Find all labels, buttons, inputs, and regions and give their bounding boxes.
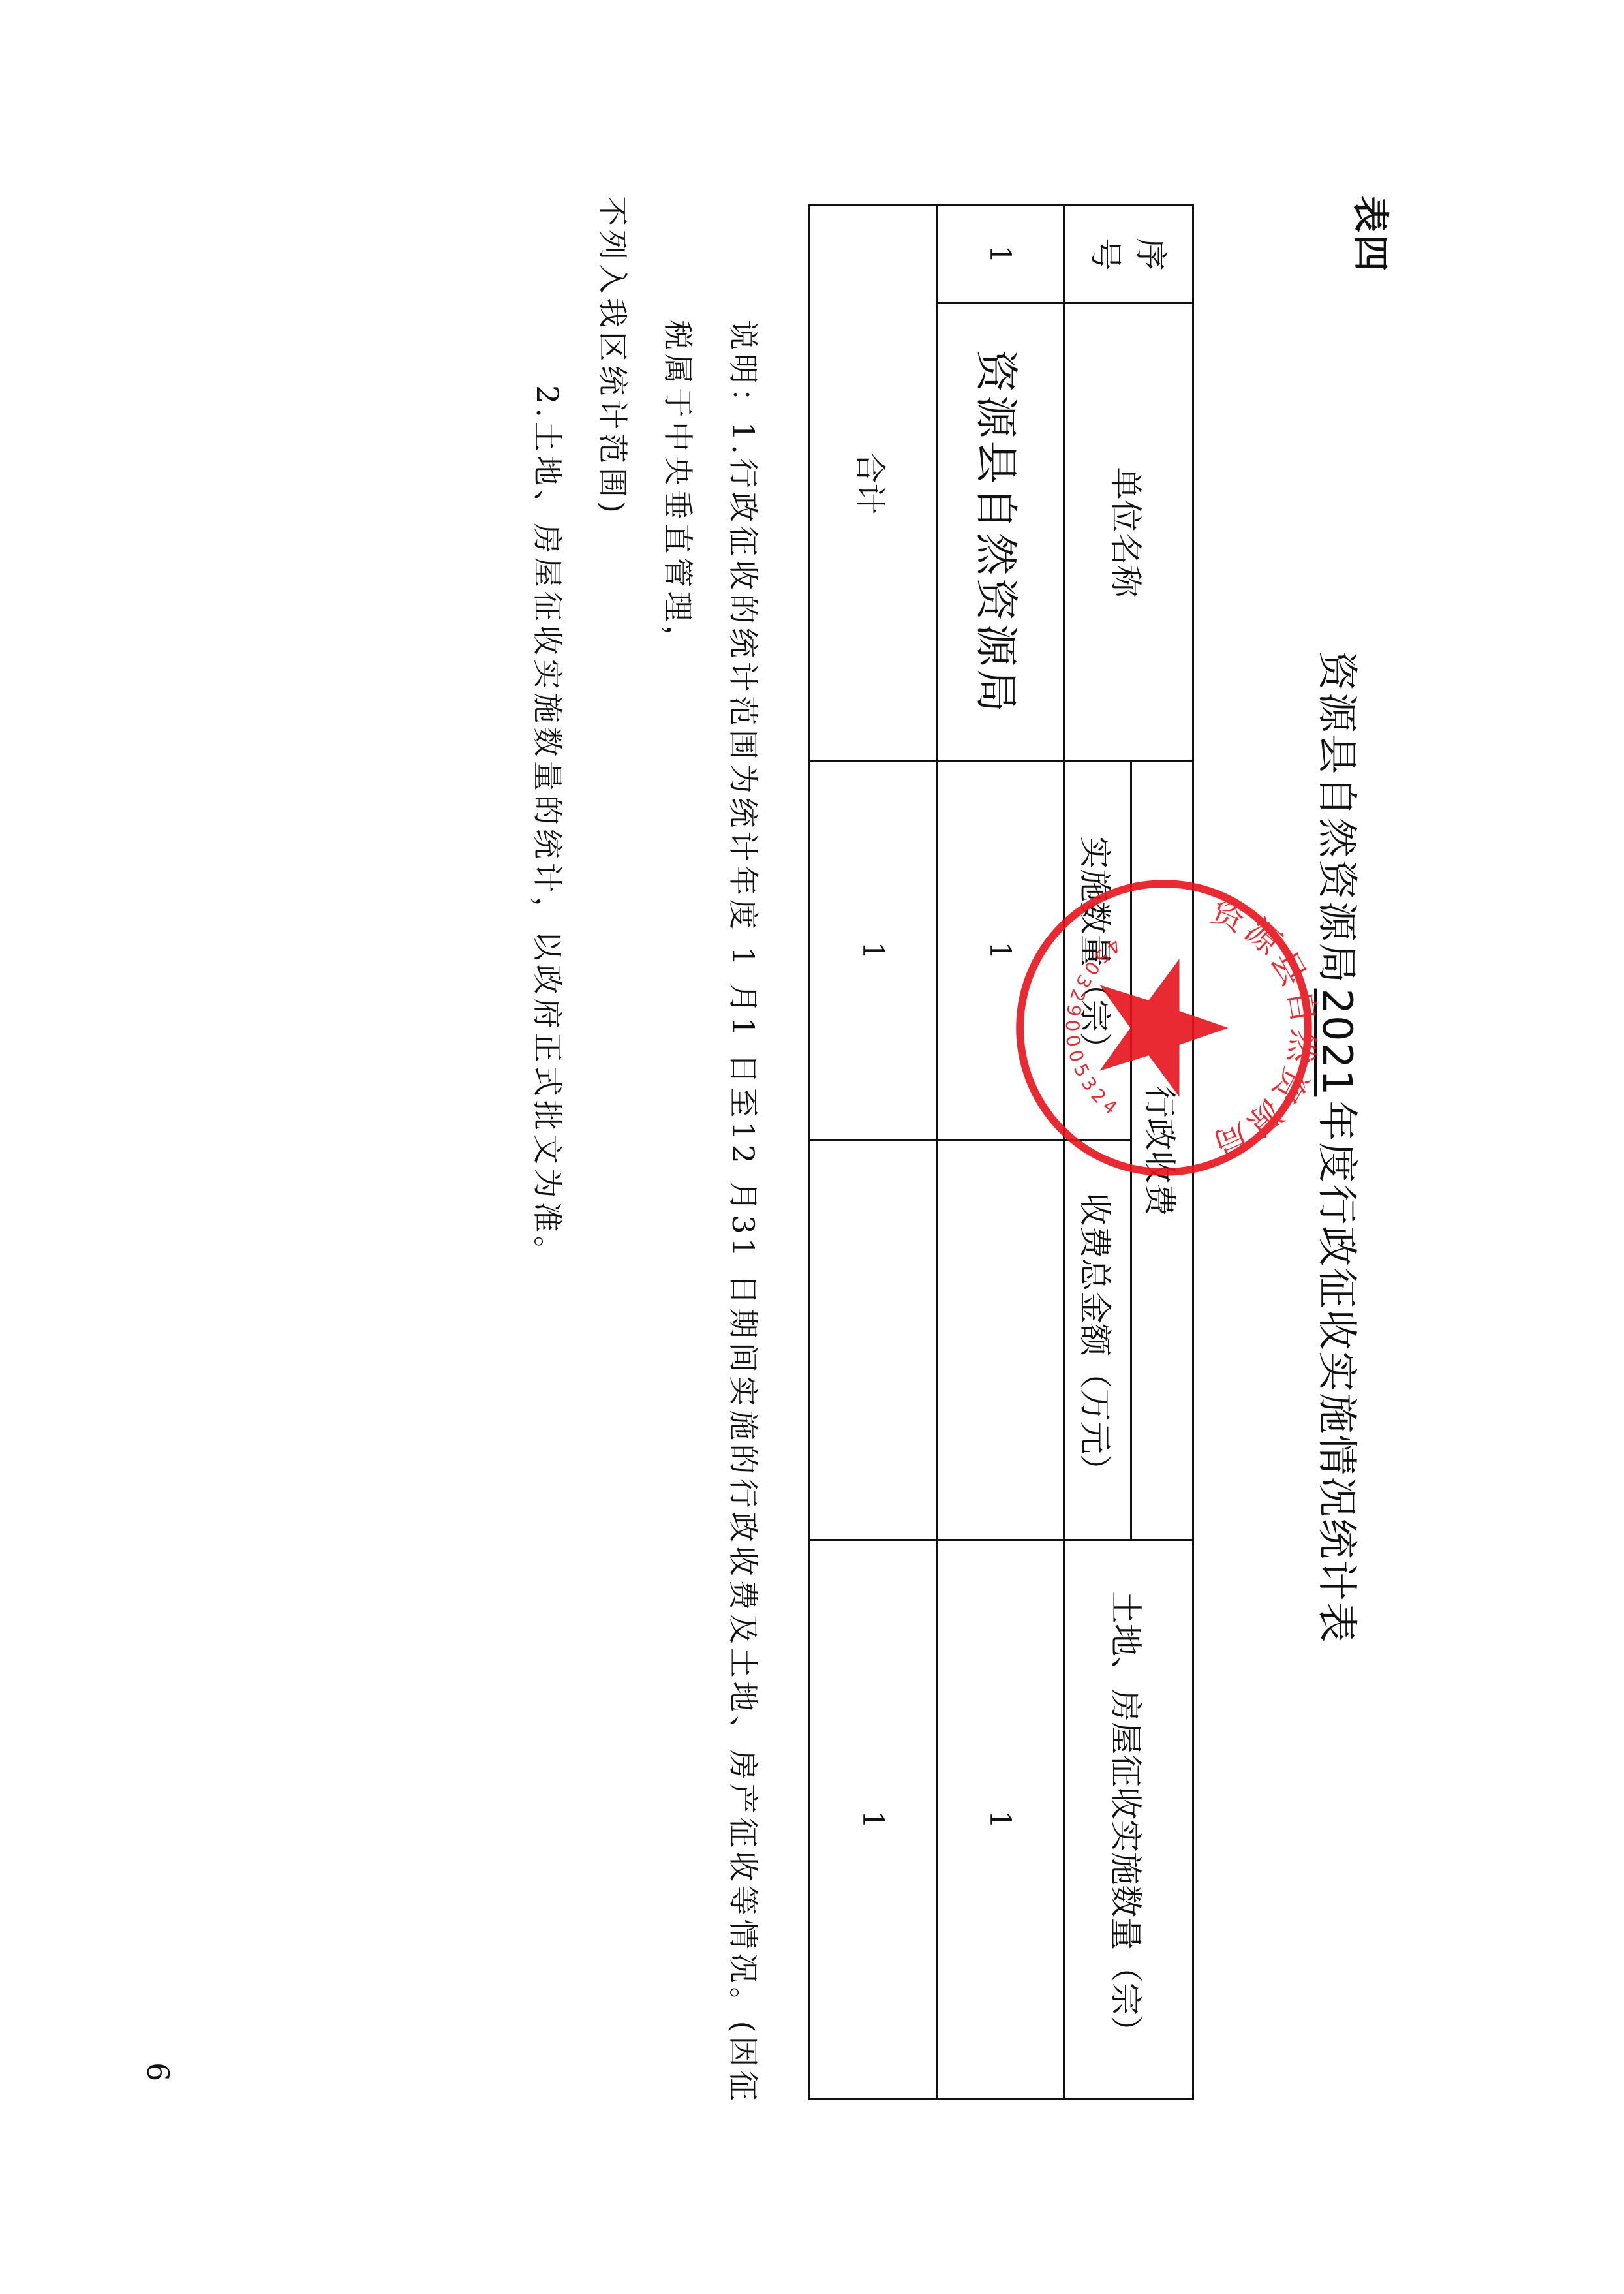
- cell-total-land-house-count: 1: [810, 1540, 937, 2100]
- title-suffix: 年度行政征收实施情况统计表: [1313, 1100, 1361, 1643]
- cell-total-fee-total: [810, 1140, 937, 1540]
- note-1: 说明：1.行政征收的统计范围为统计年度 1 月1 日至12 月31 日期间实施的…: [645, 196, 776, 2121]
- cell-total-label: 合计: [810, 206, 937, 762]
- cell-land-house-count: 1: [937, 1540, 1064, 2100]
- svg-text:资源县自然资源局: 资源县自然资源局: [1205, 891, 1317, 1165]
- header-admin-fee: 行政收费: [1131, 762, 1193, 1540]
- total-row: 合计 1 1: [810, 206, 937, 2100]
- header-seq: 序号: [1064, 206, 1193, 303]
- cell-fee-total: [937, 1140, 1064, 1540]
- cell-total-impl-count: 1: [810, 762, 937, 1140]
- page-number: 6: [140, 2062, 176, 2081]
- cell-impl-count: 1: [937, 762, 1064, 1140]
- header-land-house-count: 土地、房屋征收实施数量（宗）: [1064, 1540, 1193, 2100]
- table-row: 1 资源县自然资源局 1 1: [937, 206, 1064, 2100]
- title-prefix: 资源县自然资源局: [1313, 651, 1361, 985]
- note-1-continued: 不列入我区统计范围): [580, 196, 645, 2121]
- title-year: 2021: [1313, 985, 1361, 1101]
- cell-seq: 1: [937, 206, 1064, 303]
- note-2: 2.土地、房屋征收实施数量的统计，以政府正式批文为准。: [515, 196, 580, 2121]
- cell-unit-name: 资源县自然资源局: [937, 303, 1064, 762]
- header-unit-name: 单位名称: [1064, 303, 1193, 762]
- seal-text: 资源县自然资源局: [1205, 891, 1317, 1165]
- document-title: 资源县自然资源局2021年度行政征收实施情况统计表: [1311, 0, 1370, 2294]
- statistics-table: 序号 单位名称 行政收费 土地、房屋征收实施数量（宗） 实施数量（宗） 收费总金…: [808, 204, 1194, 2100]
- header-impl-count: 实施数量（宗）: [1064, 762, 1131, 1140]
- header-fee-total: 收费总金额（万元）: [1064, 1140, 1131, 1540]
- notes: 说明：1.行政征收的统计范围为统计年度 1 月1 日至12 月31 日期间实施的…: [515, 196, 776, 2121]
- document-page: 表四 资源县自然资源局2021年度行政征收实施情况统计表 序号 单位名称 行政收…: [0, 0, 1624, 2294]
